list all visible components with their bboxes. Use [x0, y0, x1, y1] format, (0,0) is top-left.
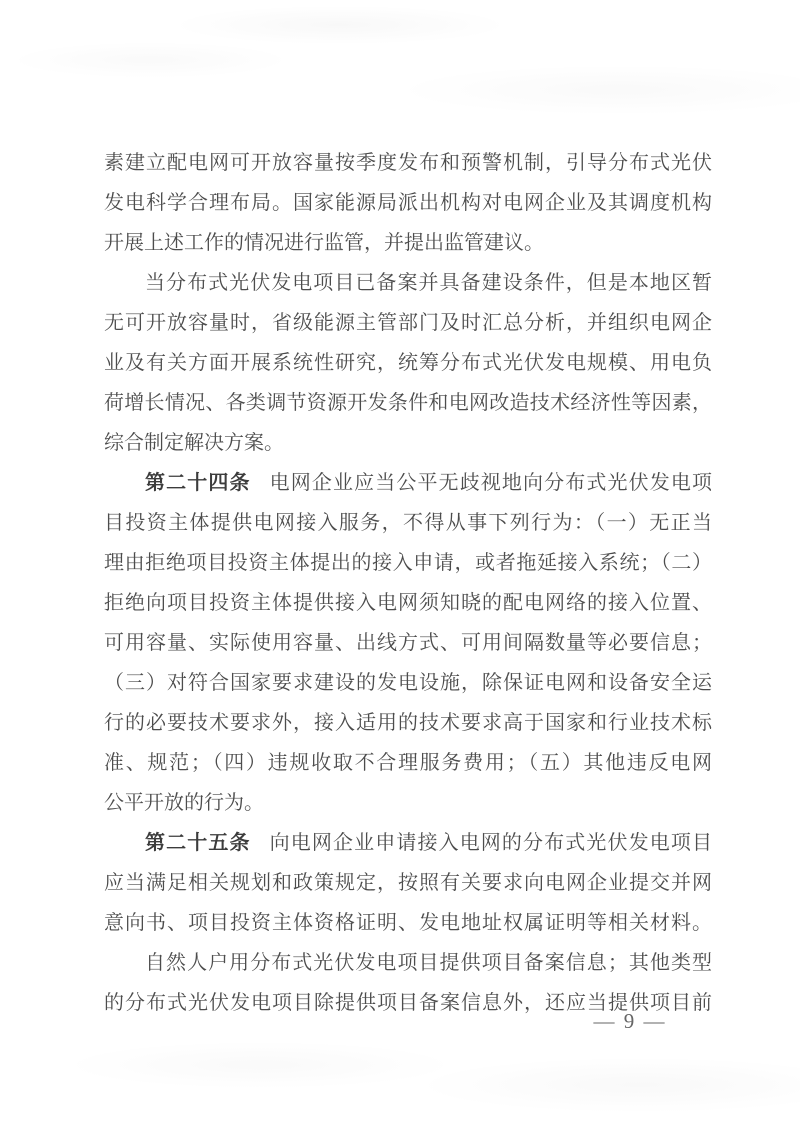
text-line: 行的必要技术要求外，接入适用的技术要求高于国家和行业技术标 [104, 703, 712, 743]
article-number: 第二十五条 [145, 832, 251, 854]
text-line: 无可开放容量时，省级能源主管部门及时汇总分析，并组织电网企 [104, 303, 712, 343]
text-line: 意向书、项目投资主体资格证明、发电地址权属证明等相关材料。 [104, 903, 712, 943]
text-line: 理由拒绝项目投资主体提出的接入申请，或者拖延接入系统；（二） [104, 543, 712, 583]
text-line: 综合制定解决方案。 [104, 423, 712, 463]
text-line: 业及有关方面开展系统性研究，统筹分布式光伏发电规模、用电负 [104, 343, 712, 383]
page-number: — 9 — [590, 1006, 670, 1036]
text-line: 开展上述工作的情况进行监管，并提出监管建议。 [104, 223, 712, 263]
text-line: 应当满足相关规划和政策规定，按照有关要求向电网企业提交并网 [104, 863, 712, 903]
document-body: 素建立配电网可开放容量按季度发布和预警机制，引导分布式光伏 发电科学合理布局。国… [104, 143, 712, 1023]
text-line: 素建立配电网可开放容量按季度发布和预警机制，引导分布式光伏 [104, 143, 712, 183]
document-page: 素建立配电网可开放容量按季度发布和预警机制，引导分布式光伏 发电科学合理布局。国… [0, 0, 800, 1130]
text-line: 可用容量、实际使用容量、出线方式、可用间隔数量等必要信息； [104, 623, 712, 663]
line-text: 电网企业应当公平无歧视地向分布式光伏发电项 [270, 472, 712, 494]
text-line: 当分布式光伏发电项目已备案并具备建设条件，但是本地区暂 [104, 263, 712, 303]
text-line: 第二十四条电网企业应当公平无歧视地向分布式光伏发电项 [104, 463, 712, 503]
text-line: 公平开放的行为。 [104, 783, 712, 823]
text-line: 第二十五条向电网企业申请接入电网的分布式光伏发电项目 [104, 823, 712, 863]
text-line: 准、规范；（四）违规收取不合理服务费用；（五）其他违反电网 [104, 743, 712, 783]
text-line: 荷增长情况、各类调节资源开发条件和电网改造技术经济性等因素， [104, 383, 712, 423]
text-line: （三）对符合国家要求建设的发电设施，除保证电网和设备安全运 [104, 663, 712, 703]
text-line: 目投资主体提供电网接入服务，不得从事下列行为：（一）无正当 [104, 503, 712, 543]
text-line: 拒绝向项目投资主体提供接入电网须知晓的配电网络的接入位置、 [104, 583, 712, 623]
line-text: 向电网企业申请接入电网的分布式光伏发电项目 [270, 832, 712, 854]
article-number: 第二十四条 [145, 472, 251, 494]
text-line: 发电科学合理布局。国家能源局派出机构对电网企业及其调度机构 [104, 183, 712, 223]
text-line: 自然人户用分布式光伏发电项目提供项目备案信息；其他类型 [104, 943, 712, 983]
